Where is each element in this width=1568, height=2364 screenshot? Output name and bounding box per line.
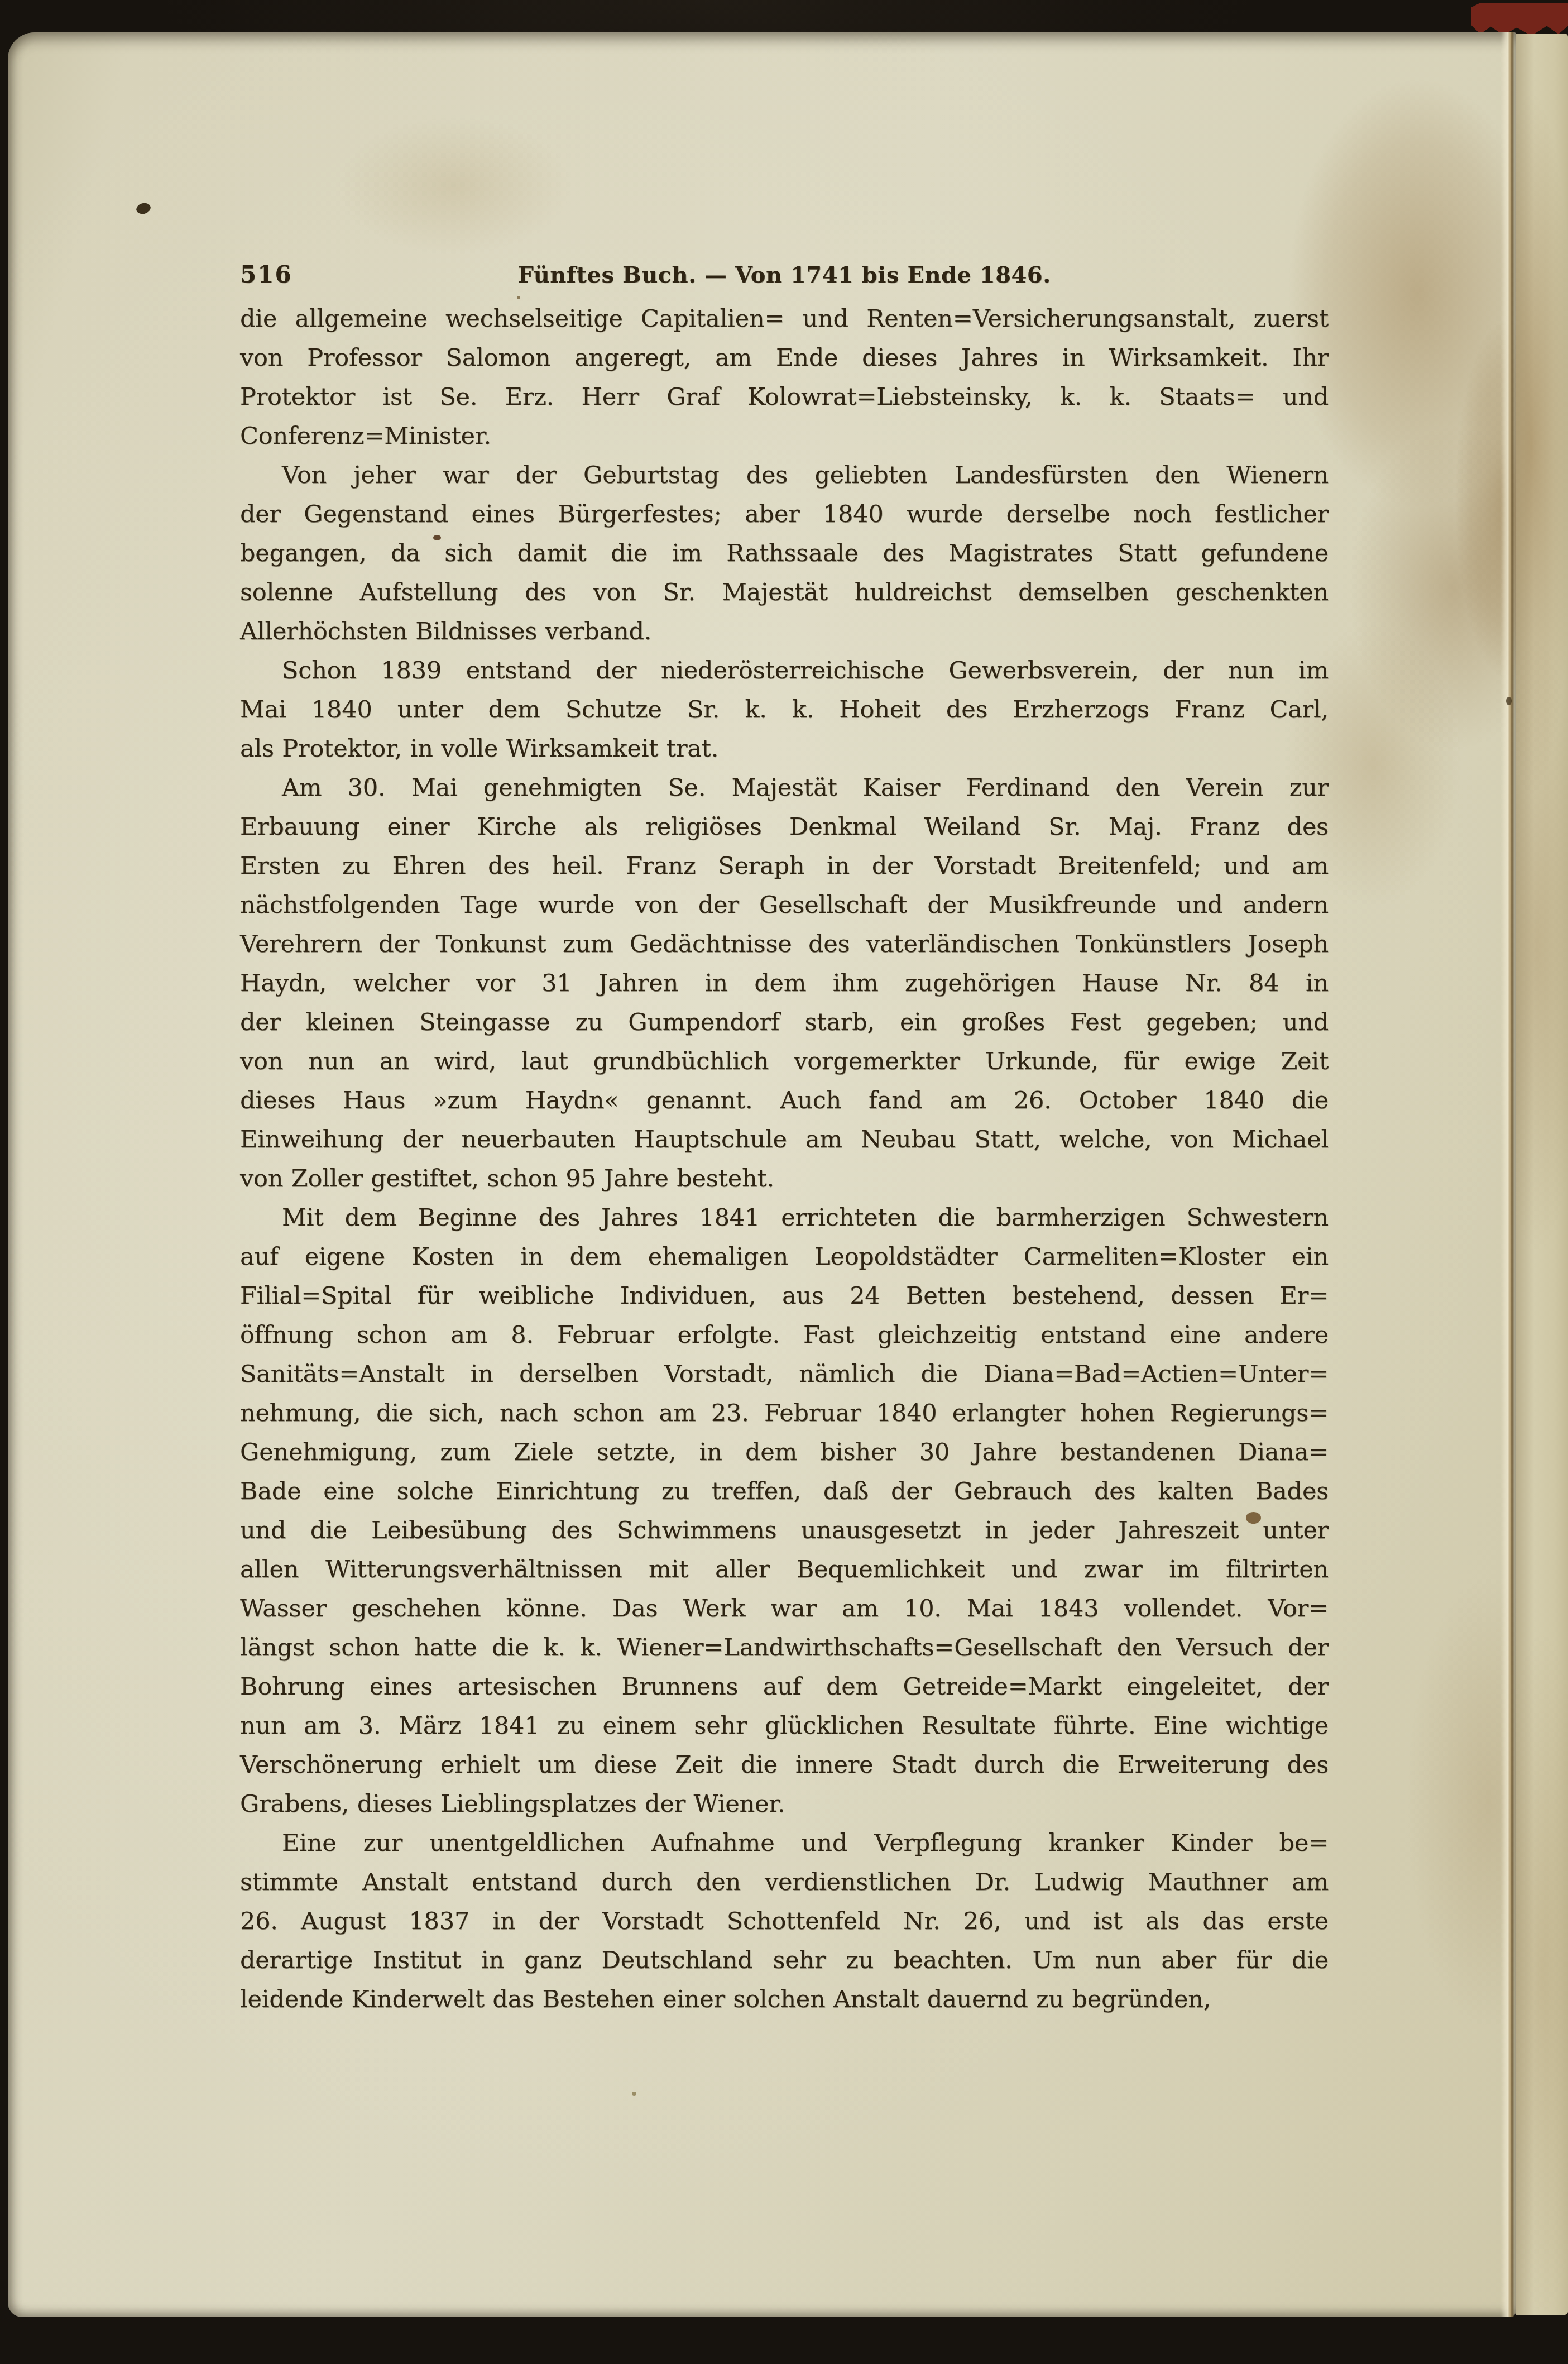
text-line: solenne Aufstellung des von Sr. Majestät… (240, 573, 1329, 612)
text-line: von Zoller gestiftet, schon 95 Jahre bes… (240, 1159, 1329, 1198)
adjacent-page-edge (1516, 34, 1568, 2315)
text-line: Verehrern der Tonkunst zum Gedächtnisse … (240, 925, 1329, 964)
text-line: nehmung, die sich, nach schon am 23. Feb… (240, 1394, 1329, 1433)
paragraph: Von jeher war der Geburtstag des geliebt… (240, 456, 1329, 651)
text-line: leidende Kinderwelt das Bestehen einer s… (240, 1980, 1329, 2019)
text-line: der kleinen Steingasse zu Gumpendorf sta… (240, 1003, 1329, 1042)
text-line: längst schon hatte die k. k. Wiener=Land… (240, 1628, 1329, 1667)
text-line: Schon 1839 entstand der niederösterreich… (240, 651, 1329, 690)
text-line: Sanitäts=Anstalt in derselben Vorstadt, … (240, 1355, 1329, 1394)
text-line: begangen, da sich damit die im Rathssaal… (240, 534, 1329, 573)
body-text: die allgemeine wechselseitige Capitalien… (240, 299, 1329, 2019)
text-line: Am 30. Mai genehmigten Se. Majestät Kais… (240, 768, 1329, 807)
text-line: 26. August 1837 in der Vorstadt Schotten… (240, 1902, 1329, 1941)
text-line: Bohrung eines artesischen Brunnens auf d… (240, 1667, 1329, 1706)
text-line: Allerhöchsten Bildnisses verband. (240, 612, 1329, 651)
text-line: dieses Haus »zum Haydn« genannt. Auch fa… (240, 1081, 1329, 1120)
text-line: nun am 3. März 1841 zu einem sehr glückl… (240, 1706, 1329, 1745)
paper-stain-bottom-right (1336, 1512, 1526, 2238)
text-line: Erbauung einer Kirche als religiöses Den… (240, 807, 1329, 846)
book-page: 516 Fünftes Buch. — Von 1741 bis Ende 18… (8, 32, 1516, 2317)
text-line: öffnung schon am 8. Februar erfolgte. Fa… (240, 1315, 1329, 1355)
ink-speck (632, 2092, 636, 2096)
running-header: Fünftes Buch. — Von 1741 bis Ende 1846. (240, 262, 1329, 288)
paragraph: Mit dem Beginne des Jahres 1841 errichte… (240, 1198, 1329, 1824)
paper-stain-top-left (298, 94, 611, 278)
text-line: Verschönerung erhielt um diese Zeit die … (240, 1745, 1329, 1784)
text-line: Grabens, dieses Lieblingsplatzes der Wie… (240, 1784, 1329, 1824)
paragraph: die allgemeine wechselseitige Capitalien… (240, 299, 1329, 456)
text-line: Eine zur unentgeldlichen Aufnahme und Ve… (240, 1824, 1329, 1863)
text-line: nächstfolgenden Tage wurde von der Gesel… (240, 886, 1329, 925)
text-line: Bade eine solche Einrichtung zu treffen,… (240, 1472, 1329, 1511)
ink-speck (135, 202, 152, 216)
text-line: Mit dem Beginne des Jahres 1841 errichte… (240, 1198, 1329, 1237)
text-line: stimmte Anstalt entstand durch den verdi… (240, 1863, 1329, 1902)
text-line: der Gegenstand eines Bürgerfestes; aber … (240, 495, 1329, 534)
paragraph: Schon 1839 entstand der niederösterreich… (240, 651, 1329, 768)
text-line: derartige Institut in ganz Deutschland s… (240, 1941, 1329, 1980)
text-line: Protektor ist Se. Erz. Herr Graf Kolowra… (240, 377, 1329, 417)
gutter-crease (1500, 32, 1517, 2317)
text-line: Ersten zu Ehren des heil. Franz Seraph i… (240, 846, 1329, 886)
text-line: Mai 1840 unter dem Schutze Sr. k. k. Hoh… (240, 690, 1329, 729)
text-line: von nun an wird, laut grundbüchlich vorg… (240, 1042, 1329, 1081)
text-line: allen Witterungsverhältnissen mit aller … (240, 1550, 1329, 1589)
text-line: Genehmigung, zum Ziele setzte, in dem bi… (240, 1433, 1329, 1472)
paragraph: Eine zur unentgeldlichen Aufnahme und Ve… (240, 1824, 1329, 2019)
text-line: als Protektor, in volle Wirksamkeit trat… (240, 729, 1329, 768)
paragraph: Am 30. Mai genehmigten Se. Majestät Kais… (240, 768, 1329, 1198)
text-line: Einweihung der neuerbauten Hauptschule a… (240, 1120, 1329, 1159)
text-line: auf eigene Kosten in dem ehemaligen Leop… (240, 1237, 1329, 1276)
text-line: Haydn, welcher vor 31 Jahren in dem ihm … (240, 964, 1329, 1003)
text-line: Von jeher war der Geburtstag des geliebt… (240, 456, 1329, 495)
text-line: Conferenz=Minister. (240, 417, 1329, 456)
text-line: Wasser geschehen könne. Das Werk war am … (240, 1589, 1329, 1628)
text-line: die allgemeine wechselseitige Capitalien… (240, 299, 1329, 338)
text-line: Filial=Spital für weibliche Individuen, … (240, 1276, 1329, 1315)
ink-speck (1506, 697, 1512, 705)
text-line: und die Leibesübung des Schwimmens unaus… (240, 1511, 1329, 1550)
text-line: von Professor Salomon angeregt, am Ende … (240, 338, 1329, 377)
